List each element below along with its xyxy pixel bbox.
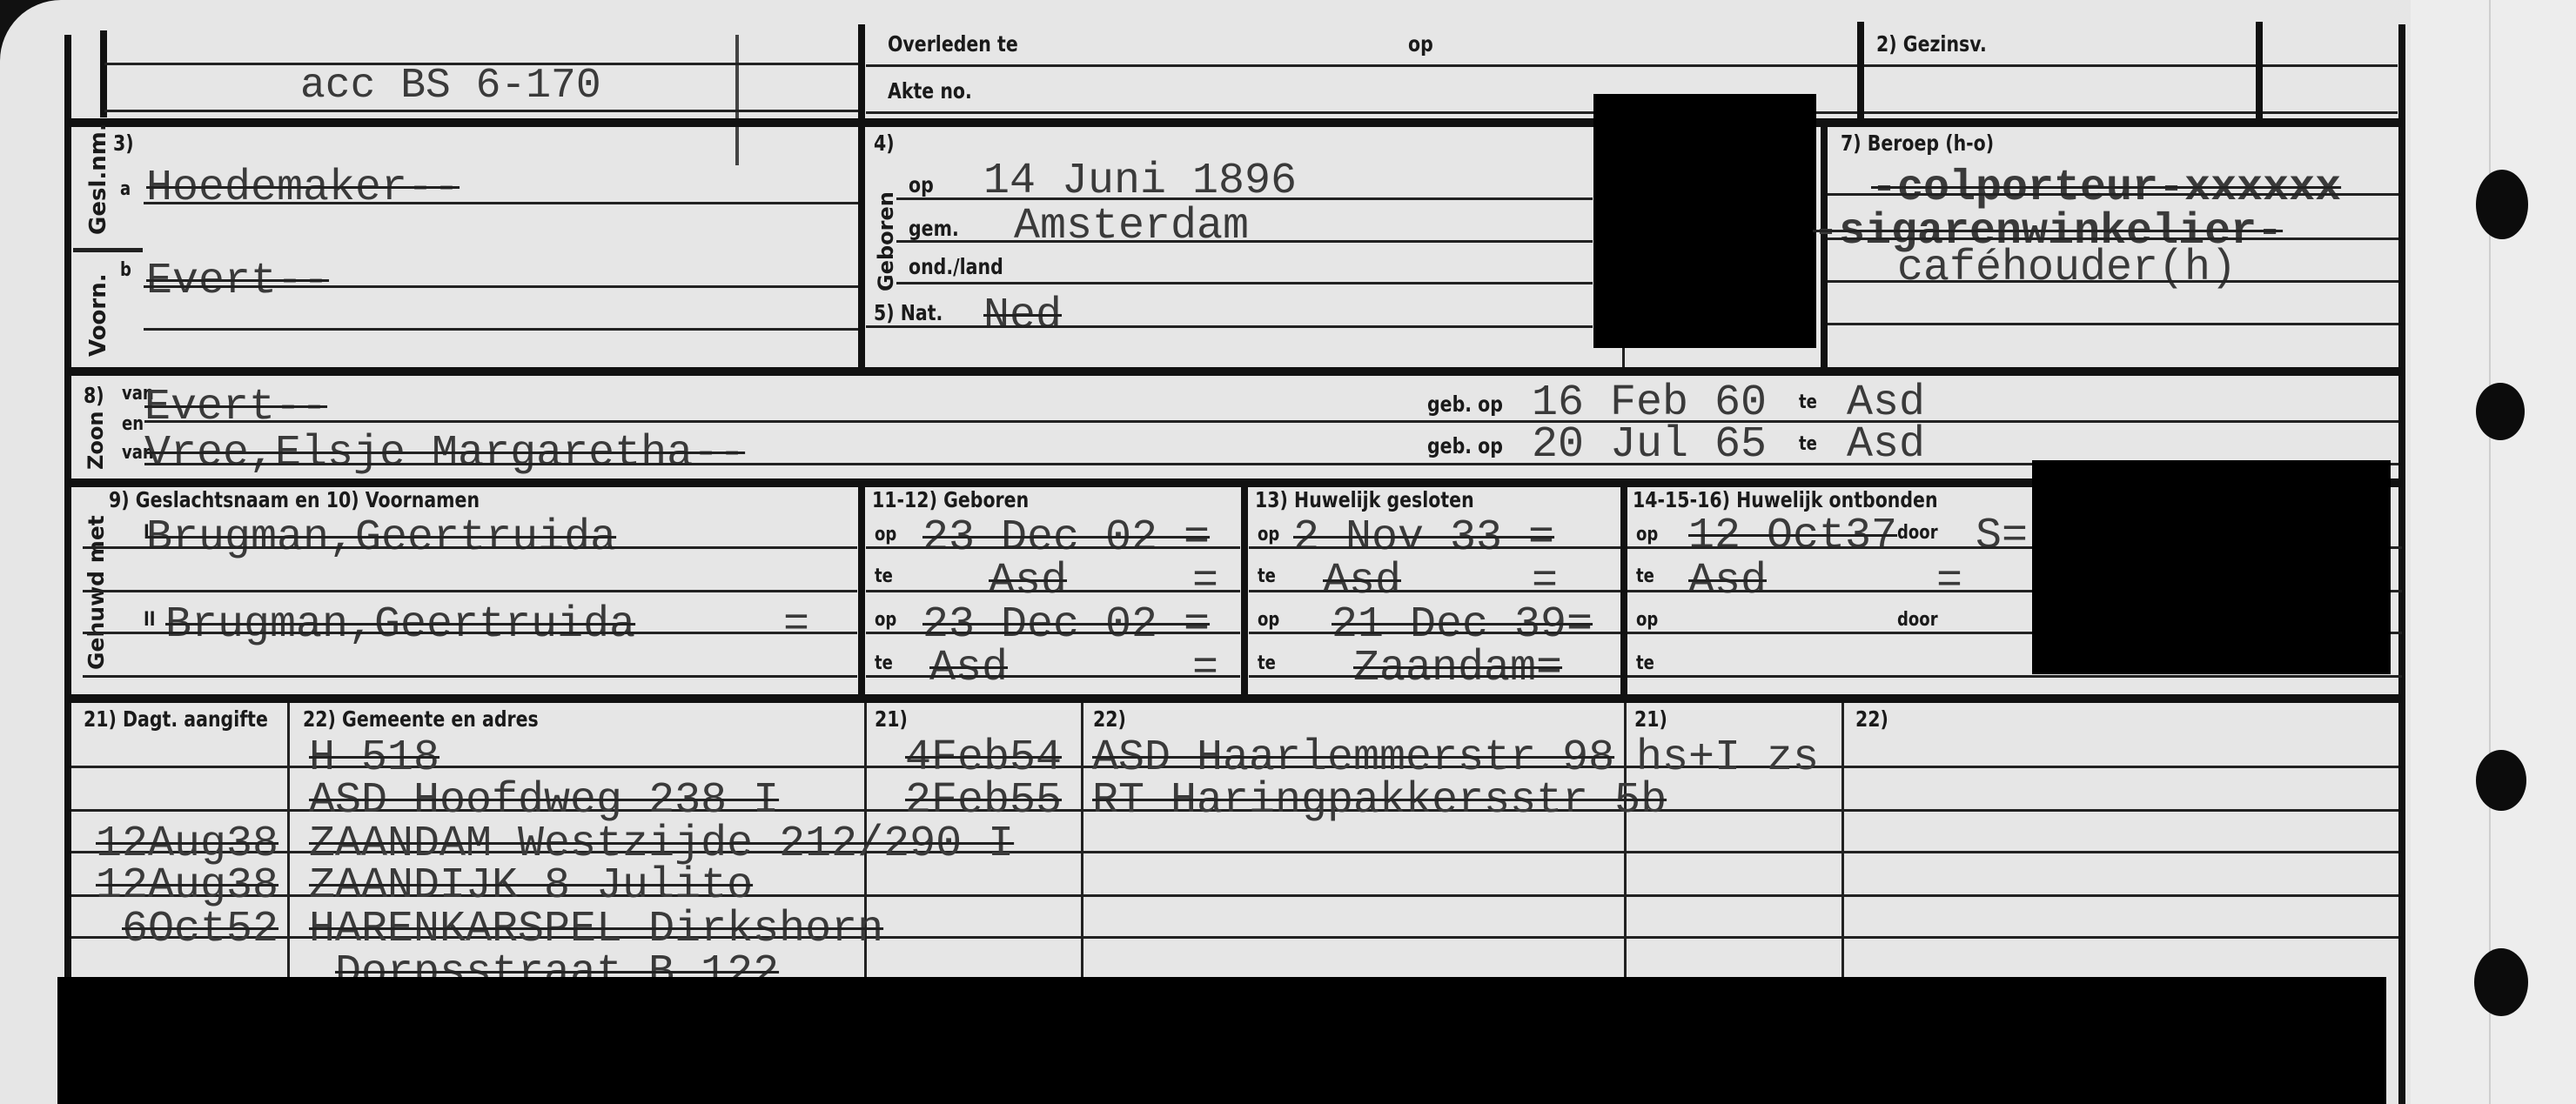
name-header: 9) Geslachtsnaam en 10) Voornamen [109, 487, 480, 512]
rule [866, 590, 1240, 592]
dissolution-1-place: Asd [1688, 557, 1767, 606]
right-border [2398, 24, 2405, 1104]
gesl-voorn-divider [73, 248, 143, 252]
record-card: acc BS 6-170 Overleden te op Akte no. 2)… [0, 0, 2576, 1104]
father-geb-op-label: geb. op [1427, 391, 1503, 417]
section-4-number: 4) [874, 130, 895, 156]
section-divider-1 [70, 118, 2402, 127]
addr-9-note: hs+I zs [1636, 733, 1819, 783]
rule [866, 632, 1240, 634]
rule [1828, 238, 2398, 240]
rule [144, 202, 862, 204]
dissolution-1-place-suffix: = [1936, 557, 1962, 606]
occupation-label: 7) Beroep (h-o) [1841, 130, 1994, 156]
rule [1249, 632, 1623, 634]
dissolved-op-label-2: op [1636, 609, 1658, 631]
married-op-label-2: op [1258, 609, 1279, 631]
spouse-2-suffix: = [783, 600, 809, 650]
spouse-2-value: Brugman,Geertruida [165, 600, 635, 650]
dissolved-header: 14-15-16) Huwelijk ontbonden [1633, 487, 1938, 512]
marriage-2-date: 21 Dec 39= [1332, 600, 1593, 650]
dissolved-te-label-1: te [1636, 565, 1654, 587]
mother-birth-date-value: 20 Jul 65 [1532, 420, 1767, 470]
spouse-2-born-at-suffix: = [1192, 644, 1218, 693]
inner-left-border [100, 30, 107, 117]
given-names-value: Evert-- [146, 257, 329, 306]
spouse-2-born-at: Asd [929, 644, 1008, 693]
rule [1249, 546, 1623, 549]
gem-label: gem. [909, 216, 959, 241]
dissolution-1-date: 12 Oct37 [1688, 512, 1897, 561]
rule [1249, 590, 1623, 592]
punch-hole-icon [2476, 170, 2528, 239]
rule [1828, 323, 2398, 325]
married-te-label-1: te [1258, 565, 1276, 587]
rule [144, 420, 2398, 423]
rule [144, 285, 862, 288]
gesl-nm-label: Gesl.nm. [85, 123, 111, 235]
mother-te-label: te [1799, 433, 1817, 455]
rule [866, 546, 1240, 549]
rule [83, 590, 857, 592]
gezinsv-divider [1857, 22, 1864, 122]
col2-address-header: 22) [1093, 706, 1126, 732]
rule [896, 282, 1593, 284]
father-te-label: te [1799, 391, 1817, 413]
occupation-entry-3: caféhouder(h) [1897, 244, 2237, 293]
gezinsv-divider-2 [2256, 22, 2263, 122]
address-header: 22) Gemeente en adres [303, 706, 539, 732]
rule [83, 632, 857, 634]
gezinsv-label: 2) Gezinsv. [1876, 31, 1987, 57]
geboren-label: Geboren [874, 191, 898, 291]
rule [1828, 193, 2398, 196]
spouse-2-born-on: 23 Dec 02 = [922, 600, 1210, 650]
left-border [64, 35, 71, 1104]
rule [896, 197, 1593, 200]
section-3-number: 3) [113, 130, 134, 156]
addr-4-address: ZAANDIJK 8 Julito [309, 861, 753, 911]
rule [1828, 280, 2398, 283]
spouse-1-born-at: Asd [989, 557, 1067, 606]
names-birth-divider [858, 122, 865, 374]
pencil-mark [735, 35, 739, 165]
rule [1627, 675, 2402, 678]
addr-col-divider-5 [1841, 703, 1844, 990]
marriage-col-divider-2 [1241, 483, 1248, 700]
rule [144, 328, 862, 331]
redacted-bottom-area [57, 977, 2386, 1104]
punch-hole-icon [2476, 383, 2525, 440]
overleden-te-label: Overleden te [888, 31, 1018, 57]
header-line-1 [866, 64, 2398, 67]
dissolved-te-label-2: te [1636, 652, 1654, 674]
col2-date-header: 21) [875, 706, 908, 732]
marriage-1-place-suffix: = [1532, 557, 1558, 606]
nat-label: 5) Nat. [874, 300, 943, 325]
addr-8-date: 2Feb55 [905, 776, 1062, 826]
father-name-value: Evert-- [144, 383, 327, 432]
rule [83, 675, 857, 678]
born-op-label-2: op [875, 609, 896, 631]
col3-date-header: 21) [1634, 706, 1667, 732]
surname-value: Hoedemaker-- [146, 164, 460, 213]
akte-no-label: Akte no. [888, 78, 972, 104]
a-label: a [120, 178, 131, 200]
zoon-label: Zoon [84, 411, 108, 470]
en-label: en [122, 413, 144, 435]
spouse-1-born-on: 23 Dec 02 = [922, 513, 1210, 563]
born-header: 11-12) Geboren [872, 487, 1029, 512]
addr-8-address: RT Haringpakkersstr 5b [1092, 776, 1667, 826]
marriage-col-divider-1 [858, 483, 865, 700]
punch-hole-icon [2474, 948, 2528, 1016]
rule [866, 325, 1593, 328]
reference-number: acc BS 6-170 [300, 63, 601, 110]
born-te-label-2: te [875, 652, 893, 674]
marriage-2-roman: II [144, 609, 155, 631]
section-divider-2 [70, 367, 2402, 376]
b-label: b [120, 259, 131, 281]
marriage-1-place: Asd [1323, 557, 1401, 606]
punch-hole-icon [2476, 750, 2526, 811]
card-margin-strip [2411, 0, 2576, 1104]
married-te-label-2: te [1258, 652, 1276, 674]
addr-col-divider-4 [1624, 703, 1627, 990]
birth-municipality-value: Amsterdam [1014, 202, 1249, 251]
ref-bottom-line [104, 110, 862, 112]
mother-birth-place-value: Asd [1847, 420, 1925, 470]
rule [83, 546, 857, 549]
married-op-label-1: op [1258, 524, 1279, 545]
rule [1249, 675, 1623, 678]
married-header: 13) Huwelijk gesloten [1255, 487, 1474, 512]
dissolved-op-label-1: op [1636, 524, 1658, 545]
ond-land-label: ond./land [909, 254, 1003, 279]
dissolved-door-label-2: door [1897, 609, 1938, 631]
occupation-entry-1: -colporteur-xxxxxx [1871, 164, 2341, 213]
mother-name-value: Vree,Elsje Margaretha-- [144, 429, 745, 478]
overleden-op-label: op [1408, 31, 1433, 57]
addr-col-divider-1 [287, 703, 290, 990]
born-te-label-1: te [875, 565, 893, 587]
born-op-label-1: op [875, 524, 896, 545]
marriage-col-divider-3 [1620, 483, 1627, 700]
addr-2-address: ASD Hoofdweg 238 I [309, 776, 779, 826]
spouse-1-born-at-suffix: = [1192, 557, 1218, 606]
gehuwd-met-label: Gehuwd met [84, 515, 109, 670]
spouse-1-value: Brugman,Geertruida [146, 513, 616, 563]
addr-4-date: 12Aug38 [96, 861, 278, 911]
mother-geb-op-label: geb. op [1427, 433, 1503, 458]
dissolved-door-label-1: door [1897, 522, 1938, 544]
nationality-value: Ned [983, 291, 1062, 341]
addr-5-address: HARENKARSPEL Dirkshorn [309, 905, 883, 954]
header-divider [858, 24, 865, 127]
margin-fold-line [2489, 0, 2491, 1104]
marriage-2-place: Zaandam= [1353, 644, 1562, 693]
addr-col-divider-3 [1081, 703, 1083, 990]
rule [896, 240, 1593, 243]
date-header: 21) Dagt. aangifte [84, 706, 268, 732]
col3-address-header: 22) [1855, 706, 1888, 732]
redacted-photo-area [1593, 94, 1816, 348]
addr-5-date: 6Oct52 [122, 905, 278, 954]
redacted-marriage-area [2032, 460, 2391, 674]
voorn-label: Voorn. [85, 273, 111, 357]
birth-op-label: op [909, 172, 934, 197]
marriage-1-date: 2 Nov 33 = [1293, 513, 1554, 563]
dissolution-1-by: S= [1976, 512, 2028, 561]
section-divider-4 [70, 694, 2402, 703]
section-8-number: 8) [84, 383, 104, 408]
rule [866, 675, 1240, 678]
